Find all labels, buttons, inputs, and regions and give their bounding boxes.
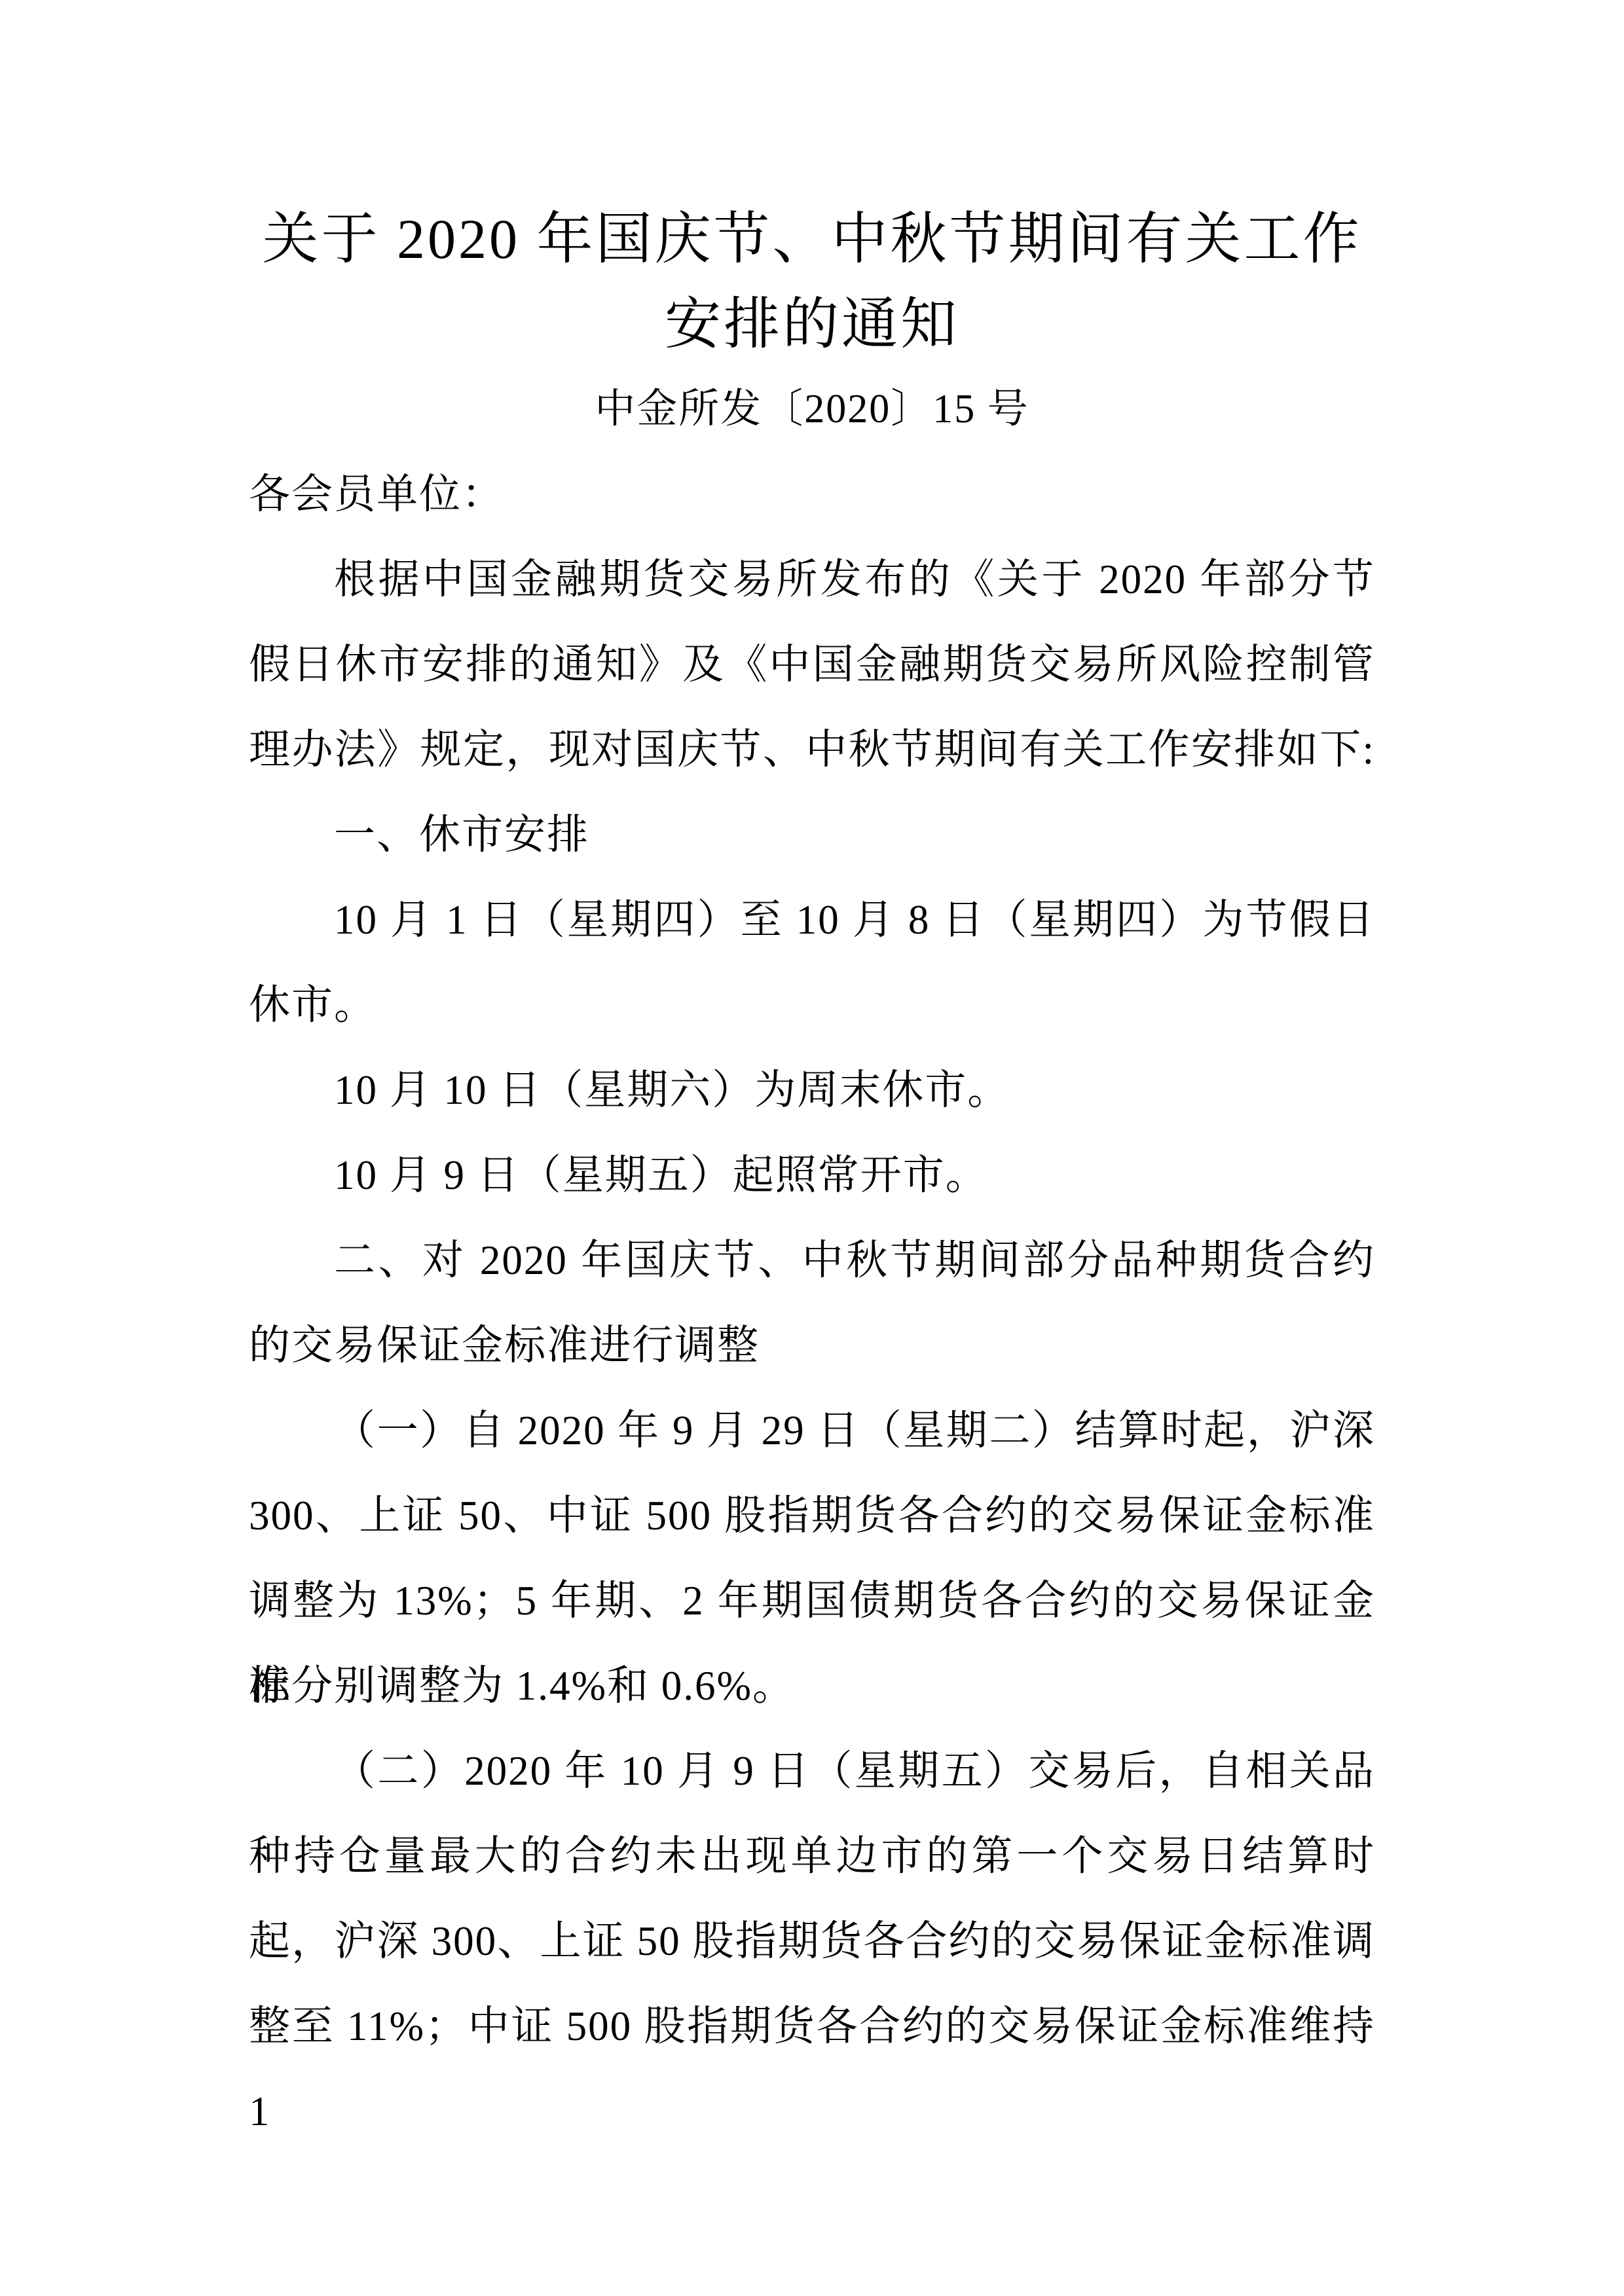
heading-section-1: 一、休市安排 bbox=[249, 792, 1375, 877]
document-body: 关于 2020 年国庆节、中秋节期间有关工作 安排的通知 中金所发〔2020〕1… bbox=[249, 196, 1375, 2069]
para-intro-line-1: 根据中国金融期货交易所发布的《关于 2020 年部分节 bbox=[249, 537, 1375, 622]
para-intro-line-2: 假日休市安排的通知》及《中国金融期货交易所风险控制管 bbox=[249, 622, 1375, 707]
para-margin-adj-1-line-2: 300、上证 50、中证 500 股指期货各合约的交易保证金标准 bbox=[249, 1473, 1375, 1558]
para-margin-adj-2-line-3: 起，沪深 300、上证 50 股指期货各合约的交易保证金标准调 bbox=[249, 1899, 1375, 1984]
para-holiday-closure-line-2: 休市。 bbox=[249, 962, 1375, 1048]
document-page: 关于 2020 年国庆节、中秋节期间有关工作 安排的通知 中金所发〔2020〕1… bbox=[0, 0, 1624, 2296]
para-margin-adj-2-line-4: 整至 11%；中证 500 股指期货各合约的交易保证金标准维持 1 bbox=[249, 1984, 1375, 2069]
heading-section-2-line-2: 的交易保证金标准进行调整 bbox=[249, 1303, 1375, 1388]
para-margin-adj-2-line-2: 种持仓量最大的合约未出现单边市的第一个交易日结算时 bbox=[249, 1813, 1375, 1899]
para-intro-line-3: 理办法》规定，现对国庆节、中秋节期间有关工作安排如下: bbox=[249, 707, 1375, 792]
heading-section-2-line-1: 二、对 2020 年国庆节、中秋节期间部分品种期货合约 bbox=[249, 1218, 1375, 1303]
para-holiday-closure-line-1: 10 月 1 日（星期四）至 10 月 8 日（星期四）为节假日 bbox=[249, 877, 1375, 962]
para-margin-adj-1-line-3: 调整为 13%；5 年期、2 年期国债期货各合约的交易保证金标 bbox=[249, 1558, 1375, 1643]
para-margin-adj-1-line-4: 准分别调整为 1.4%和 0.6%。 bbox=[249, 1643, 1375, 1728]
salutation: 各会员单位： bbox=[249, 452, 1375, 537]
doc-number: 中金所发〔2020〕15 号 bbox=[249, 367, 1375, 452]
doc-title-line-2: 安排的通知 bbox=[249, 282, 1375, 367]
line-weekend-closure: 10 月 10 日（星期六）为周末休市。 bbox=[249, 1048, 1375, 1133]
para-margin-adj-2-line-1: （二）2020 年 10 月 9 日（星期五）交易后，自相关品 bbox=[249, 1728, 1375, 1813]
doc-title-line-1: 关于 2020 年国庆节、中秋节期间有关工作 bbox=[249, 196, 1375, 282]
para-margin-adj-1-line-1: （一）自 2020 年 9 月 29 日（星期二）结算时起，沪深 bbox=[249, 1388, 1375, 1473]
line-market-reopen: 10 月 9 日（星期五）起照常开市。 bbox=[249, 1133, 1375, 1218]
